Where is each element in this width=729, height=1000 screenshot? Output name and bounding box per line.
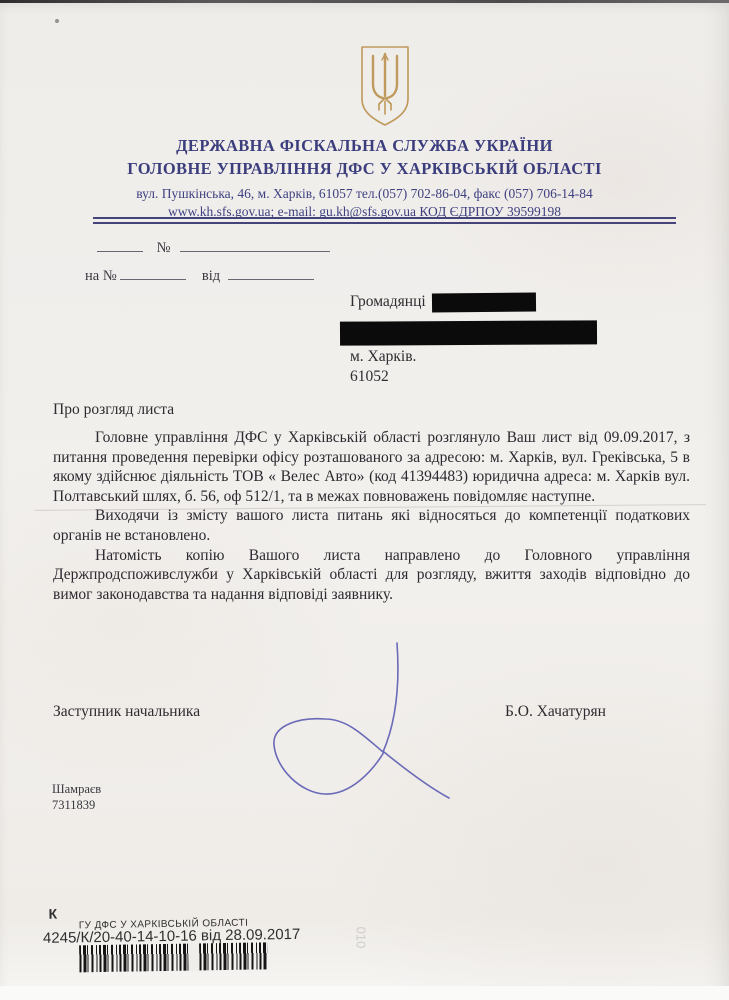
on-number-label: на № [85,268,117,284]
handwritten-signature [258,634,468,814]
reverse-side-bleed-text: 010 [353,927,368,949]
body-paragraph-3: Натомість копію Вашого листа направлено … [53,546,690,605]
recipient-block: Громадянці [350,292,610,312]
incoming-number-row: на № від [85,266,405,294]
letterhead-divider [93,217,676,224]
recipient-salutation: Громадянці [350,293,426,310]
subject-line: Про розгляд листа [53,401,174,419]
number-label: № [157,240,171,256]
redaction-box-address [340,320,597,345]
org-name-line1: ДЕРЖАВНА ФІСКАЛЬНА СЛУЖБА УКРАЇНИ [0,134,729,157]
stamp-index-letter: К [48,906,57,922]
executor-phone: 7311839 [52,797,101,813]
from-date-label: від [202,268,220,284]
barcode-gap [188,943,199,970]
registration-barcode [79,942,267,972]
scan-edge-artifact [0,0,729,3]
incoming-date-blank-line [228,266,314,280]
incoming-number-blank-line [120,266,186,280]
recipient-city: м. Харків. [350,348,416,366]
org-name-line2: ГОЛОВНЕ УПРАВЛІННЯ ДФС У ХАРКІВСЬКІЙ ОБЛ… [0,157,729,180]
body-paragraph-2: Виходячи із змісту вашого листа питань я… [53,506,690,545]
registration-stamp: К ГУ ДФС У ХАРКІВСЬКІЙ ОБЛАСТІ 4245/К/20… [42,900,283,976]
signer-name: Б.О. Хачатурян [505,703,606,721]
body-paragraph-1: Головне управління ДФС у Харківській обл… [53,428,690,506]
letterhead: ДЕРЖАВНА ФІСКАЛЬНА СЛУЖБА УКРАЇНИ ГОЛОВН… [0,134,729,221]
number-blank-line [180,238,330,252]
scan-speck-artifact [55,19,59,23]
executor-block: Шамраєв 7311839 [52,781,101,813]
letter-body: Головне управління ДФС у Харківській обл… [53,428,690,604]
outgoing-number-row: № [85,238,405,266]
scanned-letter-page: ДЕРЖАВНА ФІСКАЛЬНА СЛУЖБА УКРАЇНИ ГОЛОВН… [0,0,729,1000]
signer-position-title: Заступник начальника [53,703,200,721]
date-blank-line [97,238,143,252]
recipient-postal-code: 61052 [350,368,389,386]
scan-bottom-edge [0,986,729,1000]
reference-block: № на № від [85,238,405,294]
executor-name: Шамраєв [52,781,101,797]
tryzub-emblem-icon [357,44,413,128]
org-address-line: вул. Пушкінська, 46, м. Харків, 61057 те… [0,185,729,203]
redaction-box-name [432,292,536,312]
